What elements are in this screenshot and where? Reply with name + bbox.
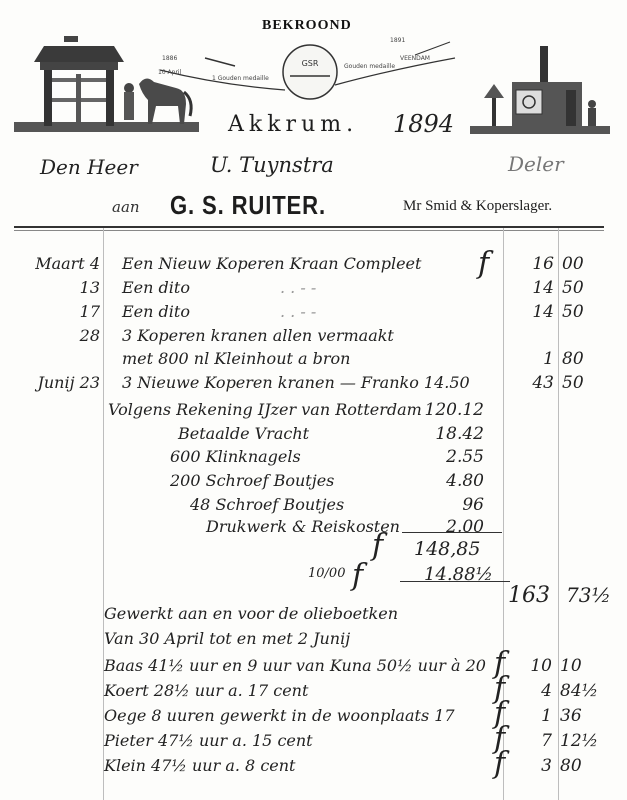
work-entry-description: Pieter 47½ uur a. 15 cent	[104, 731, 313, 750]
svg-text:GSR: GSR	[302, 59, 319, 68]
work-entry-cents: 84½	[560, 681, 598, 701]
entry-cents: 80	[562, 349, 584, 369]
subentry-description: 200 Schroef Boutjes	[170, 471, 334, 490]
work-entry-description: Baas 41½ uur en 9 uur van Kuna 50½ uur à…	[104, 656, 486, 675]
subentry-amount: 96	[462, 495, 484, 515]
entry-cents: 00	[562, 254, 584, 274]
entry-date: Maart 4	[35, 254, 100, 273]
subtotal-rule	[402, 532, 502, 533]
entry-dots: . . - -	[280, 302, 316, 321]
workshop-illustration	[470, 46, 610, 136]
work-header-2: Van 30 April tot en met 2 Junij	[104, 629, 350, 648]
subentry-description: Drukwerk & Reiskosten	[206, 517, 400, 536]
company-trade: Mr Smid & Koperslager.	[403, 198, 552, 215]
svg-text:1886: 1886	[162, 55, 177, 62]
percent-rule	[400, 581, 510, 582]
entry-guilders: 16	[532, 254, 554, 274]
entry-cents: 50	[562, 373, 584, 393]
entry-cents: 50	[562, 278, 584, 298]
work-entry-description: Klein 47½ uur a. 8 cent	[104, 756, 295, 775]
svg-text:10 April: 10 April	[158, 69, 182, 76]
subentries-header: Volgens Rekening IJzer van Rotterdam	[108, 400, 422, 419]
subentry-description: 600 Klinknagels	[170, 447, 301, 466]
work-entry-guilders: 1	[541, 706, 552, 726]
work-entry-cents: 12½	[560, 731, 598, 751]
florin-symbol: f	[494, 746, 505, 781]
entry-description: Een dito	[122, 302, 190, 321]
entry-dots: . . - -	[280, 278, 316, 297]
total-cents: 73½	[566, 583, 611, 607]
florin-symbol: f	[372, 528, 383, 563]
medal-ribbon: GSR 1886 10 April 1 Gouden medaille 1891…	[150, 30, 470, 105]
entry-cents: 50	[562, 302, 584, 322]
work-entry-guilders: 4	[541, 681, 552, 701]
entry-description: Een Nieuw Koperen Kraan Compleet	[122, 254, 421, 273]
company-name: G. S. RUITER.	[170, 190, 326, 221]
work-entry-cents: 36	[560, 706, 582, 726]
subtotal-amount: 148,85	[414, 538, 480, 560]
work-entry-cents: 10	[560, 656, 582, 676]
svg-text:1 Gouden medaille: 1 Gouden medaille	[212, 75, 269, 82]
entry-description: 3 Koperen kranen allen vermaakt	[122, 326, 394, 345]
entry-guilders: 43	[532, 373, 554, 393]
town-name: Akkrum.	[228, 112, 358, 137]
entry-date: 13	[80, 278, 100, 297]
entry-guilders: 14	[532, 278, 554, 298]
addressee-place: Deler	[508, 152, 564, 176]
addressee-prefix: Den Heer	[40, 155, 138, 179]
entry-description: 3 Nieuwe Koperen kranen — Franko 14.50	[122, 373, 470, 392]
work-entry-description: Koert 28½ uur a. 17 cent	[104, 681, 308, 700]
svg-text:1891: 1891	[390, 37, 405, 44]
work-entry-guilders: 3	[541, 756, 552, 776]
work-entry-description: Oege 8 uuren gewerkt in de woonplaats 17	[104, 706, 455, 725]
florin-symbol: f	[478, 246, 489, 281]
subentry-description: Betaalde Vracht	[178, 424, 309, 443]
entry-description: Een dito	[122, 278, 190, 297]
svg-text:Gouden medaille: Gouden medaille	[344, 63, 395, 70]
subentry-amount: 2.00	[446, 517, 484, 537]
entry-guilders: 14	[532, 302, 554, 322]
total-guilders: 163	[508, 583, 550, 608]
entry-date: Junij 23	[37, 373, 100, 392]
entry-date: 28	[80, 326, 100, 345]
entry-guilders: 1	[543, 349, 554, 369]
cents-column-line	[558, 228, 559, 800]
subentry-description: 48 Schroef Boutjes	[190, 495, 344, 514]
entry-date: 17	[80, 302, 100, 321]
percent-label: 10/00	[308, 566, 345, 581]
work-entry-guilders: 7	[541, 731, 552, 751]
addressee-name: U. Tuynstra	[210, 153, 334, 177]
subentry-amount: 2.55	[446, 447, 484, 467]
florin-symbol-2: f	[352, 558, 363, 593]
subentry-amount: 4.80	[446, 471, 484, 491]
aan-label: aan	[112, 198, 140, 216]
invoice-year: 1894	[393, 110, 454, 138]
work-entry-cents: 80	[560, 756, 582, 776]
work-entry-guilders: 10	[530, 656, 552, 676]
subentry-amount: 120.12	[425, 400, 484, 420]
svg-text:VEENDAM: VEENDAM	[400, 55, 430, 62]
work-header-1: Gewerkt aan en voor de olieboetken	[104, 604, 398, 623]
entry-description: met 800 nl Kleinhout a bron	[122, 349, 350, 368]
subentry-amount: 18.42	[435, 424, 484, 444]
